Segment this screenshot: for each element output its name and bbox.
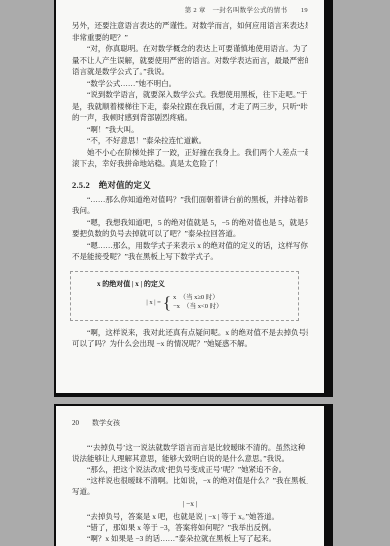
text-line: “那么，把这个说法改成‘把负号变成正号’呢？”她紧追不舍。 [72, 464, 308, 475]
formula-cases: x （当 x≥0 时） −x （当 x<0 时） [173, 293, 223, 312]
body-text-block-3: “啊，这样说来，我对此还真有点疑问呢。x 的绝对值不是去掉负号就可以了吗？为什么… [72, 327, 308, 350]
text-line: “数学公式……”她不明白。 [72, 78, 308, 90]
body-text-block-2: “……那么你知道绝对值吗？”我们面朝着讲台前的黑板，并排站着时我问。“嗯，我想我… [72, 194, 308, 263]
section-heading: 2.5.2 绝对值的定义 [72, 179, 308, 191]
formula-lhs: | x | = [146, 299, 160, 306]
book-title: 数学女孩 [92, 418, 120, 428]
text-line: 语言就是数学公式了。”我说。 [72, 66, 308, 78]
text-line: “去掉负号，答案是 x 吧，也就是说 | −x | 等于 x。”她答道。 [72, 511, 308, 522]
running-header-book: 20 数学女孩 [72, 406, 308, 428]
text-line: “‘去掉负号’这一说法就数学语言而言是比较暧昧不清的。虽然这种 [72, 442, 308, 453]
definition-box: x 的绝对值 | x | 的定义 | x | = { x （当 x≥0 时） −… [70, 271, 299, 321]
text-line: 要把负数的负号去掉就可以了吧？”泰朵拉回答道。 [72, 228, 308, 240]
book-page-19: 第 2 章 一封名叫数学公式的情书 19 另外，还要注意语言表达的严谨性。对数学… [54, 0, 333, 397]
text-line: 我问。 [72, 205, 308, 217]
text-line: 不是能接受呢？”我在黑板上写下数学式子。 [72, 251, 308, 263]
running-header-chapter: 第 2 章 一封名叫数学公式的情书 19 [72, 0, 308, 14]
inline-display-formula: | −x | [72, 498, 308, 510]
body-text-block-5: “去掉负号，答案是 x 吧，也就是说 | −x | 等于 x。”她答道。“错了，… [72, 511, 308, 544]
text-line: “不，不好意思！”泰朵拉连忙道歉。 [72, 135, 308, 147]
text-line: 非常重要的吧？” [72, 32, 308, 44]
text-line: “嗯……那么，用数学式子来表示 x 的绝对值的定义的话，这样写你是 [72, 240, 308, 252]
body-text-block-4: “‘去掉负号’这一说法就数学语言而言是比较暧昧不清的。虽然这种说法能够让人理解其… [72, 442, 308, 497]
text-line: 她不小心在阶梯处摔了一跤，正好撞在我身上。我们两个人差点一起 [72, 147, 308, 159]
text-line: “啊，这样说来，我对此还真有点疑问呢。x 的绝对值不是去掉负号就 [72, 327, 308, 339]
text-line: “说到数学语言，就要深入数学公式。我想使用黑板，往下走吧。”于 [72, 89, 308, 101]
text-line: 滚下去，幸好我拼命地站稳。真是太危险了！ [72, 158, 308, 170]
text-line: “嗯，我想我知道吧，5 的绝对值就是 5，−5 的绝对值也是 5，就是只 [72, 217, 308, 229]
text-line: “这样说也很暧昧不清啊。比如说，−x 的绝对值是什么？”我在黑板上 [72, 475, 308, 486]
text-line: 另外，还要注意语言表达的严谨性。对数学而言，如何应用语言来表达是 [72, 20, 308, 32]
text-line: 说法能够让人理解其意思，能够大致明白说的是什么意思。”我说。 [72, 453, 308, 464]
text-line: “……那么你知道绝对值吗？”我们面朝着讲台前的黑板，并排站着时 [72, 194, 308, 206]
text-line: 写道。 [72, 486, 308, 497]
text-line: 量不让人产生误解，就要使用严密的语言。对数学表达而言，最最严密的 [72, 55, 308, 67]
text-line: “错了，那如果 x 等于 −3，答案将如何呢？”我举出反例。 [72, 522, 308, 533]
document-scroll-area[interactable]: 第 2 章 一封名叫数学公式的情书 19 另外，还要注意语言表达的严谨性。对数学… [0, 0, 390, 546]
body-text-block-1: 另外，还要注意语言表达的严谨性。对数学而言，如何应用语言来表达是非常重要的吧？”… [72, 20, 308, 170]
text-line: “啊！”我大叫。 [72, 124, 308, 136]
text-line: “啊？x 如果是 −3 的话……”泰朵拉就在黑板上写了起来。 [72, 533, 308, 544]
formula-case-2: −x （当 x<0 时） [173, 302, 223, 312]
text-line: “对，你真聪明。在对数学概念的表达上可要谨慎地使用语言。为了尽 [72, 43, 308, 55]
curly-brace: { [163, 294, 171, 311]
definition-box-title: x 的绝对值 | x | 的定义 [97, 279, 290, 289]
book-page-20: 20 数学女孩 “‘去掉负号’这一说法就数学语言而言是比较暧昧不清的。虽然这种说… [54, 404, 333, 546]
formula-case-1: x （当 x≥0 时） [173, 293, 223, 303]
text-line: 是，我就顺着楼梯往下走，泰朵拉跟在我后面，才走了两三步，只听“咔” [72, 101, 308, 113]
piecewise-formula: | x | = { x （当 x≥0 时） −x （当 x<0 时） [79, 293, 290, 312]
text-line: 的一声，我顿时感到背部剧烈疼痛。 [72, 112, 308, 124]
text-line: 可以了吗？为什么会出现 −x 的情况呢？”她疑惑不解。 [72, 338, 308, 350]
page-number: 20 [72, 419, 79, 427]
